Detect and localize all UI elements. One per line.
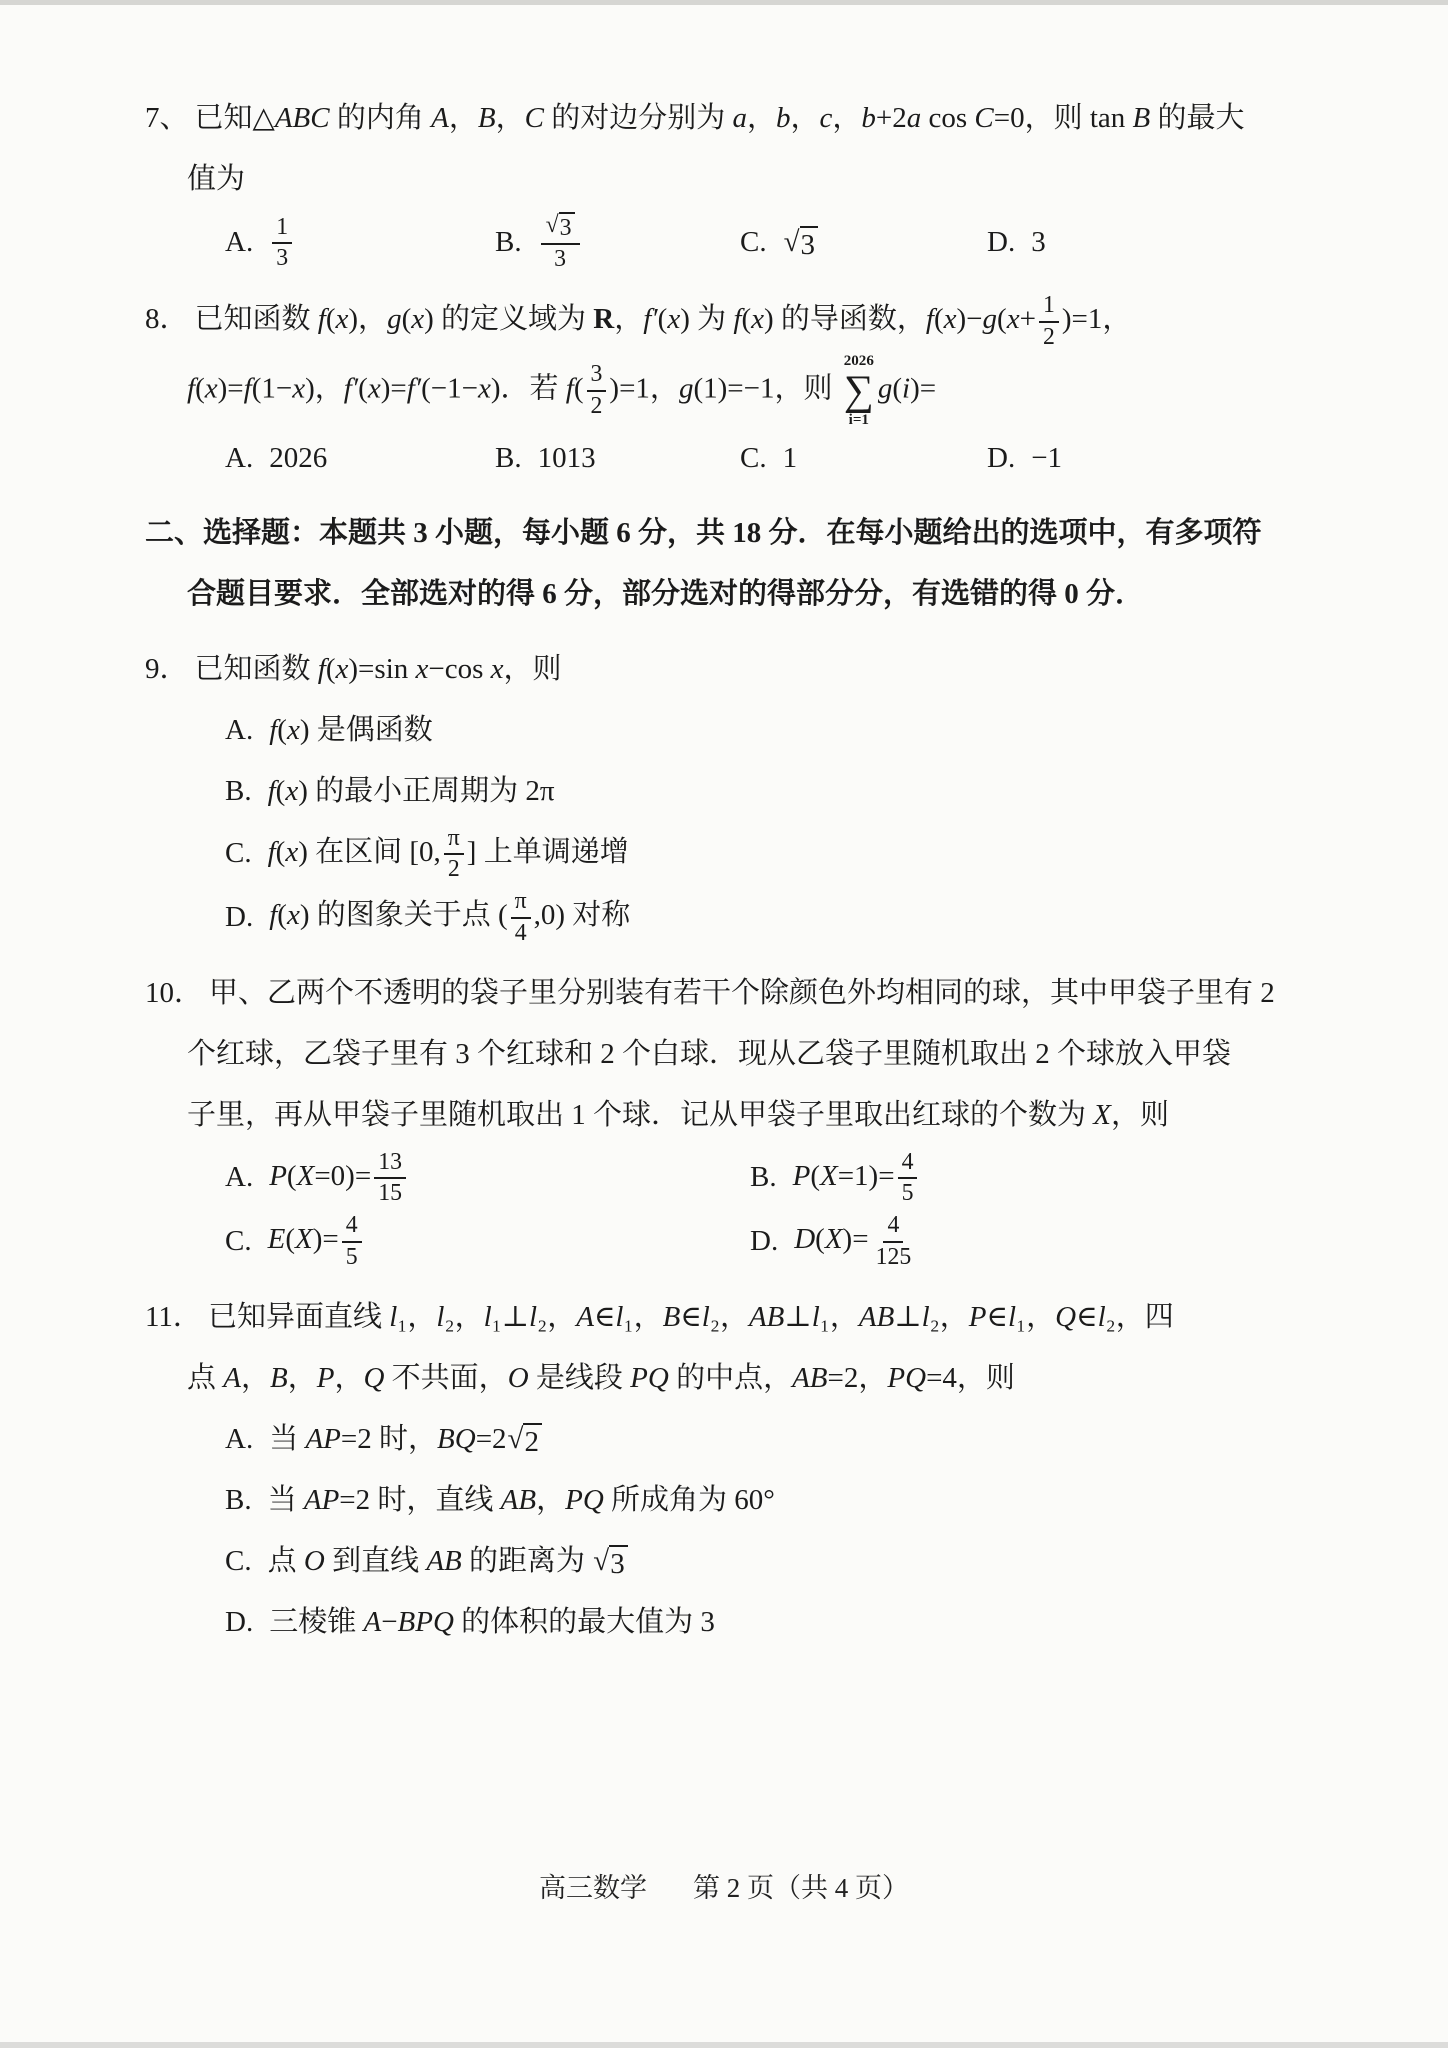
question-q11-options: A.当 AP=2 时，BQ=2√2B.当 AP=2 时，直线 AB，PQ 所成角… bbox=[145, 1409, 1330, 1653]
option-content: 3 bbox=[1031, 212, 1046, 273]
question-q9-options: A.f(x) 是偶函数B.f(x) 的最小正周期为 2πC.f(x) 在区间 [… bbox=[145, 700, 1330, 949]
questions-area: 7、已知△ABC 的内角 A，B，C 的对边分别为 a，b，c，b+2a cos… bbox=[145, 88, 1330, 1666]
question-q8-options: A.2026B.1013C.1D.−1 bbox=[145, 428, 1330, 489]
option-content: 1 bbox=[783, 428, 798, 489]
fraction: 45 bbox=[898, 1149, 918, 1208]
option-B: B.当 AP=2 时，直线 AB，PQ 所成角为 60° bbox=[225, 1470, 1330, 1531]
fraction: √33 bbox=[541, 212, 580, 274]
option-content: 1013 bbox=[538, 428, 596, 489]
option-B: B.1013 bbox=[495, 428, 740, 489]
option-content: D(X)=4125 bbox=[794, 1209, 918, 1273]
question-q7-stem-line-1: 7、已知△ABC 的内角 A，B，C 的对边分别为 a，b，c，b+2a cos… bbox=[145, 88, 1330, 149]
question-q8: 8．已知函数 f(x)，g(x) 的定义域为 R，f′(x) 为 f(x) 的导… bbox=[145, 289, 1330, 489]
fraction: π4 bbox=[511, 888, 531, 947]
question-q11-stem-line-2: 点 A，B，P，Q 不共面，O 是线段 PQ 的中点，AB=2，PQ=4，则 bbox=[145, 1348, 1330, 1409]
option-label: C. bbox=[225, 1531, 252, 1592]
option-label: B. bbox=[750, 1147, 777, 1208]
square-root: √3 bbox=[784, 226, 818, 262]
option-B: B.√33 bbox=[495, 210, 740, 276]
fraction: 32 bbox=[587, 361, 607, 420]
option-D: D.D(X)=4125 bbox=[750, 1209, 1330, 1273]
option-label: C. bbox=[740, 428, 767, 489]
option-C: C.点 O 到直线 AB 的距离为 √3 bbox=[225, 1531, 1330, 1592]
option-label: C. bbox=[225, 1211, 252, 1272]
fraction: 13 bbox=[272, 214, 292, 273]
page-footer: 高三数学 第 2 页（共 4 页） bbox=[0, 1866, 1448, 1905]
exam-page: 7、已知△ABC 的内角 A，B，C 的对边分别为 a，b，c，b+2a cos… bbox=[0, 0, 1448, 2048]
question-q8-stem-line-2: f(x)=f(1−x)，f′(x)=f′(−1−x)．若 f(32)=1，g(1… bbox=[145, 353, 1330, 428]
option-label: A. bbox=[225, 700, 253, 761]
section-header-line: 二、选择题：本题共 3 小题，每小题 6 分，共 18 分．在每小题给出的选项中… bbox=[145, 503, 1330, 564]
square-root: √3 bbox=[546, 212, 575, 242]
option-content: −1 bbox=[1031, 428, 1062, 489]
option-D: D.−1 bbox=[987, 428, 1330, 489]
option-A: A.2026 bbox=[225, 428, 495, 489]
option-label: D. bbox=[987, 212, 1015, 273]
question-q8-stem-line-1: 8．已知函数 f(x)，g(x) 的定义域为 R，f′(x) 为 f(x) 的导… bbox=[145, 289, 1330, 353]
question-q10: 10．甲、乙两个不透明的袋子里分别装有若干个除颜色外均相同的球，其中甲袋子里有 … bbox=[145, 963, 1330, 1273]
question-q10-options: A.P(X=0)=1315B.P(X=1)=45C.E(X)=45D.D(X)=… bbox=[145, 1146, 1330, 1273]
question-number: 10． bbox=[145, 977, 203, 1009]
option-content: √3 bbox=[783, 212, 819, 273]
footer-page-indicator: 第 2 页（共 4 页） bbox=[693, 1866, 909, 1905]
question-number: 7、 bbox=[145, 102, 189, 134]
option-B: B.P(X=1)=45 bbox=[750, 1146, 1330, 1210]
option-label: B. bbox=[495, 212, 522, 273]
option-content: 2026 bbox=[269, 428, 327, 489]
option-label: B. bbox=[225, 1470, 252, 1531]
question-q9-stem-line-1: 9．已知函数 f(x)=sin x−cos x，则 bbox=[145, 639, 1330, 700]
question-q10-stem-line-3: 子里，再从甲袋子里随机取出 1 个球．记从甲袋子里取出红球的个数为 X，则 bbox=[145, 1085, 1330, 1146]
section-header-line: 合题目要求．全部选对的得 6 分，部分选对的得部分分，有选错的得 0 分． bbox=[145, 564, 1330, 625]
option-label: A. bbox=[225, 212, 253, 273]
question-q11-stem-line-1: 11．已知异面直线 l₁，l₂，l₁⊥l₂，A∈l₁，B∈l₂，AB⊥l₁，AB… bbox=[145, 1287, 1330, 1348]
square-root: √2 bbox=[508, 1423, 542, 1459]
section-header-sec2: 二、选择题：本题共 3 小题，每小题 6 分，共 18 分．在每小题给出的选项中… bbox=[145, 503, 1330, 625]
question-q7-stem-line-2: 值为 bbox=[145, 149, 1330, 210]
option-C: C.√3 bbox=[740, 212, 987, 273]
option-content: 当 AP=2 时，BQ=2√2 bbox=[269, 1409, 543, 1470]
option-label: D. bbox=[225, 1592, 253, 1653]
square-root: √3 bbox=[593, 1545, 627, 1581]
option-D: D.3 bbox=[987, 212, 1330, 273]
option-content: √33 bbox=[538, 210, 583, 276]
fraction: 1315 bbox=[374, 1149, 406, 1208]
option-content: 三棱锥 A−BPQ 的体积的最大值为 3 bbox=[269, 1592, 715, 1653]
option-label: B. bbox=[225, 761, 252, 822]
option-A: A.13 bbox=[225, 211, 495, 275]
option-label: A. bbox=[225, 1409, 253, 1470]
question-q9: 9．已知函数 f(x)=sin x−cos x，则A.f(x) 是偶函数B.f(… bbox=[145, 639, 1330, 949]
option-content: f(x) 的图象关于点 (π4,0) 对称 bbox=[269, 885, 630, 949]
option-label: C. bbox=[740, 212, 767, 273]
question-q10-stem-line-1: 10．甲、乙两个不透明的袋子里分别装有若干个除颜色外均相同的球，其中甲袋子里有 … bbox=[145, 963, 1330, 1024]
option-label: D. bbox=[750, 1211, 778, 1272]
question-number: 9． bbox=[145, 653, 189, 685]
option-label: D. bbox=[987, 428, 1015, 489]
option-C: C.f(x) 在区间 [0,π2] 上单调递增 bbox=[225, 822, 1330, 886]
option-D: D.f(x) 的图象关于点 (π4,0) 对称 bbox=[225, 885, 1330, 949]
question-number: 11． bbox=[145, 1301, 202, 1333]
option-label: B. bbox=[495, 428, 522, 489]
question-q11: 11．已知异面直线 l₁，l₂，l₁⊥l₂，A∈l₁，B∈l₂，AB⊥l₁，AB… bbox=[145, 1287, 1330, 1652]
fraction: π2 bbox=[444, 825, 464, 884]
option-label: C. bbox=[225, 823, 252, 884]
option-content: E(X)=45 bbox=[268, 1209, 365, 1273]
option-label: A. bbox=[225, 428, 253, 489]
option-C: C.1 bbox=[740, 428, 987, 489]
option-content: 13 bbox=[269, 211, 295, 275]
option-A: A.f(x) 是偶函数 bbox=[225, 700, 1330, 761]
footer-course-title: 高三数学 bbox=[539, 1866, 647, 1905]
option-A: A.P(X=0)=1315 bbox=[225, 1146, 750, 1210]
question-q7-options: A.13B.√33C.√3D.3 bbox=[145, 210, 1330, 276]
option-content: P(X=1)=45 bbox=[793, 1146, 921, 1210]
summation: 2026∑i=1 bbox=[844, 353, 874, 428]
fraction: 12 bbox=[1039, 292, 1059, 351]
option-B: B.f(x) 的最小正周期为 2π bbox=[225, 761, 1330, 822]
option-content: 当 AP=2 时，直线 AB，PQ 所成角为 60° bbox=[268, 1470, 775, 1531]
question-number: 8． bbox=[145, 303, 189, 335]
option-content: 点 O 到直线 AB 的距离为 √3 bbox=[268, 1531, 629, 1592]
fraction: 45 bbox=[342, 1212, 362, 1271]
option-label: D. bbox=[225, 887, 253, 948]
option-label: A. bbox=[225, 1147, 253, 1208]
option-D: D.三棱锥 A−BPQ 的体积的最大值为 3 bbox=[225, 1592, 1330, 1653]
option-C: C.E(X)=45 bbox=[225, 1209, 750, 1273]
option-A: A.当 AP=2 时，BQ=2√2 bbox=[225, 1409, 1330, 1470]
fraction: 4125 bbox=[872, 1212, 916, 1271]
question-q10-stem-line-2: 个红球，乙袋子里有 3 个红球和 2 个白球．现从乙袋子里随机取出 2 个球放入… bbox=[145, 1024, 1330, 1085]
option-content: f(x) 在区间 [0,π2] 上单调递增 bbox=[268, 822, 629, 886]
option-content: f(x) 是偶函数 bbox=[269, 700, 433, 761]
option-content: P(X=0)=1315 bbox=[269, 1146, 409, 1210]
question-q7: 7、已知△ABC 的内角 A，B，C 的对边分别为 a，b，c，b+2a cos… bbox=[145, 88, 1330, 275]
option-content: f(x) 的最小正周期为 2π bbox=[268, 761, 555, 822]
